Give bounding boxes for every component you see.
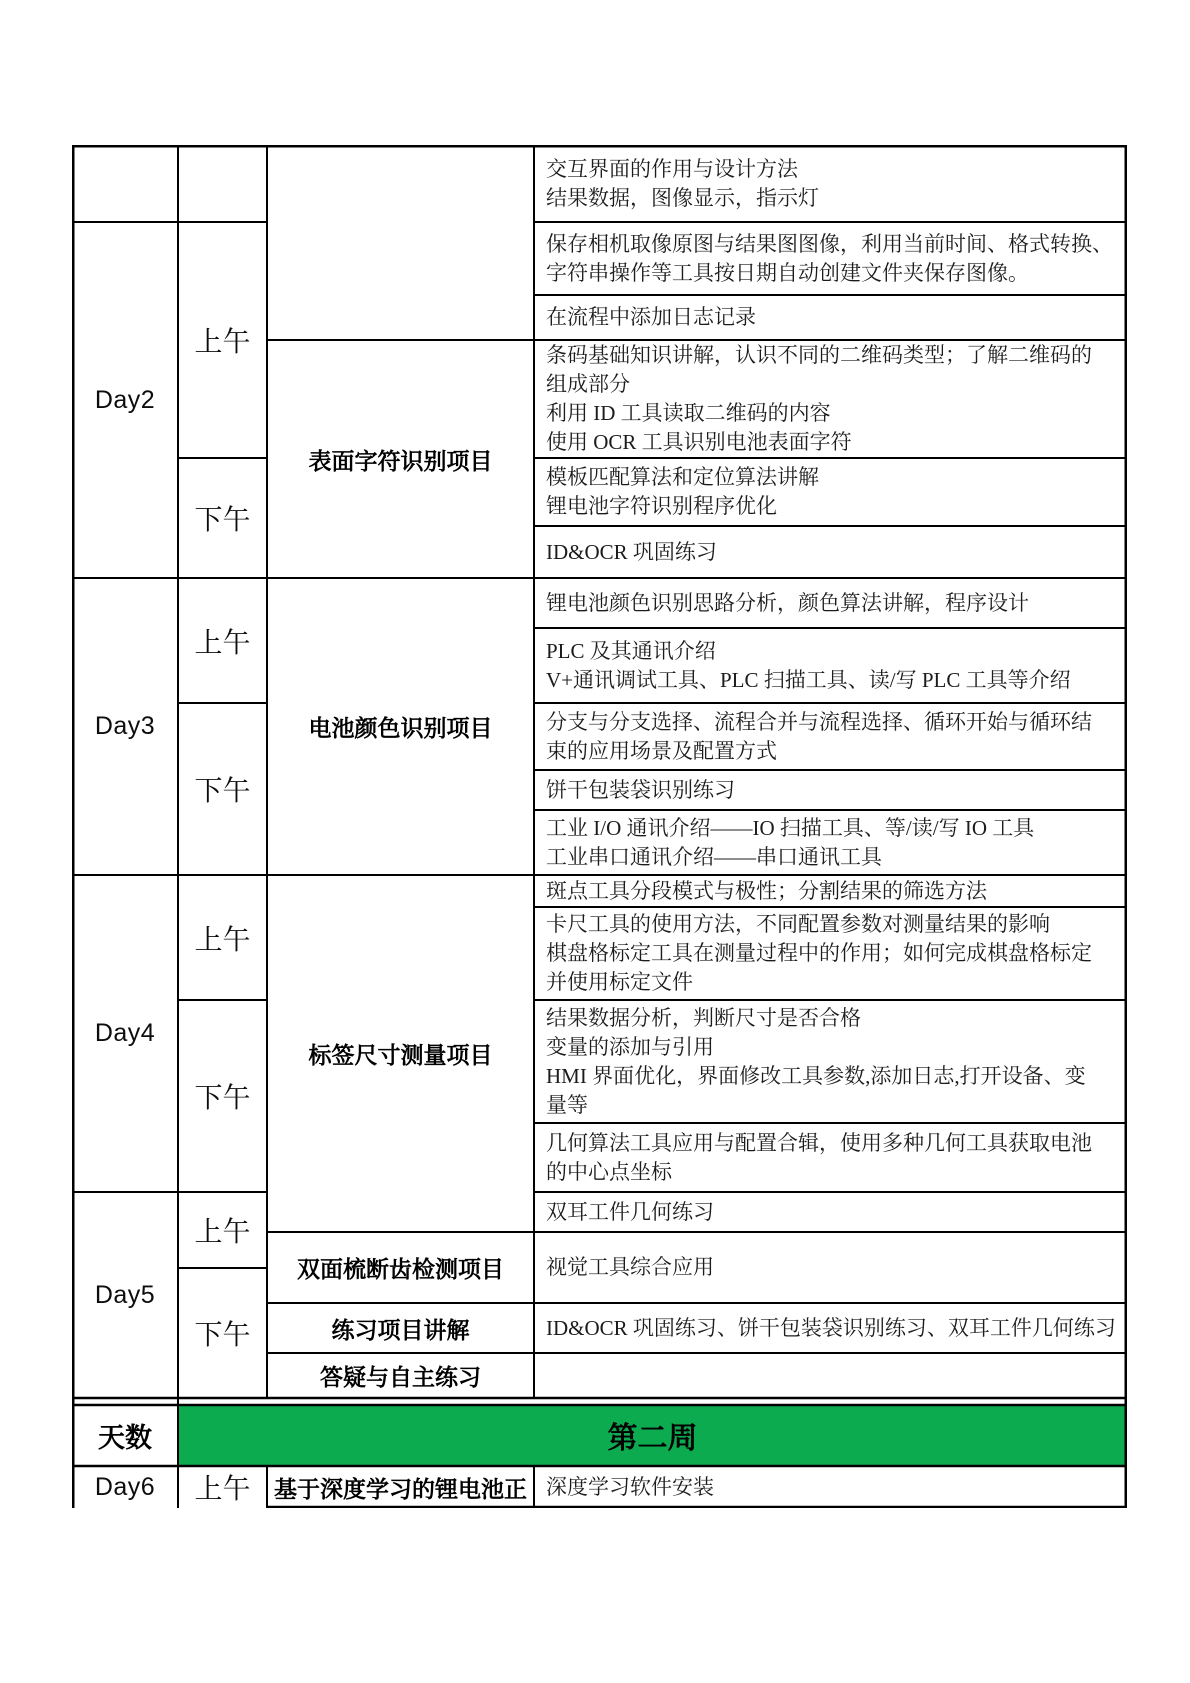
document-page: { "table": { "week2_banner": { "days_hea… <box>0 0 1190 1683</box>
schedule-table: Day2 Day3 Day4 Day5 天数 Day6 上午 下午 上午 下午 … <box>72 145 1127 1508</box>
table-gridlines <box>72 145 1127 1508</box>
